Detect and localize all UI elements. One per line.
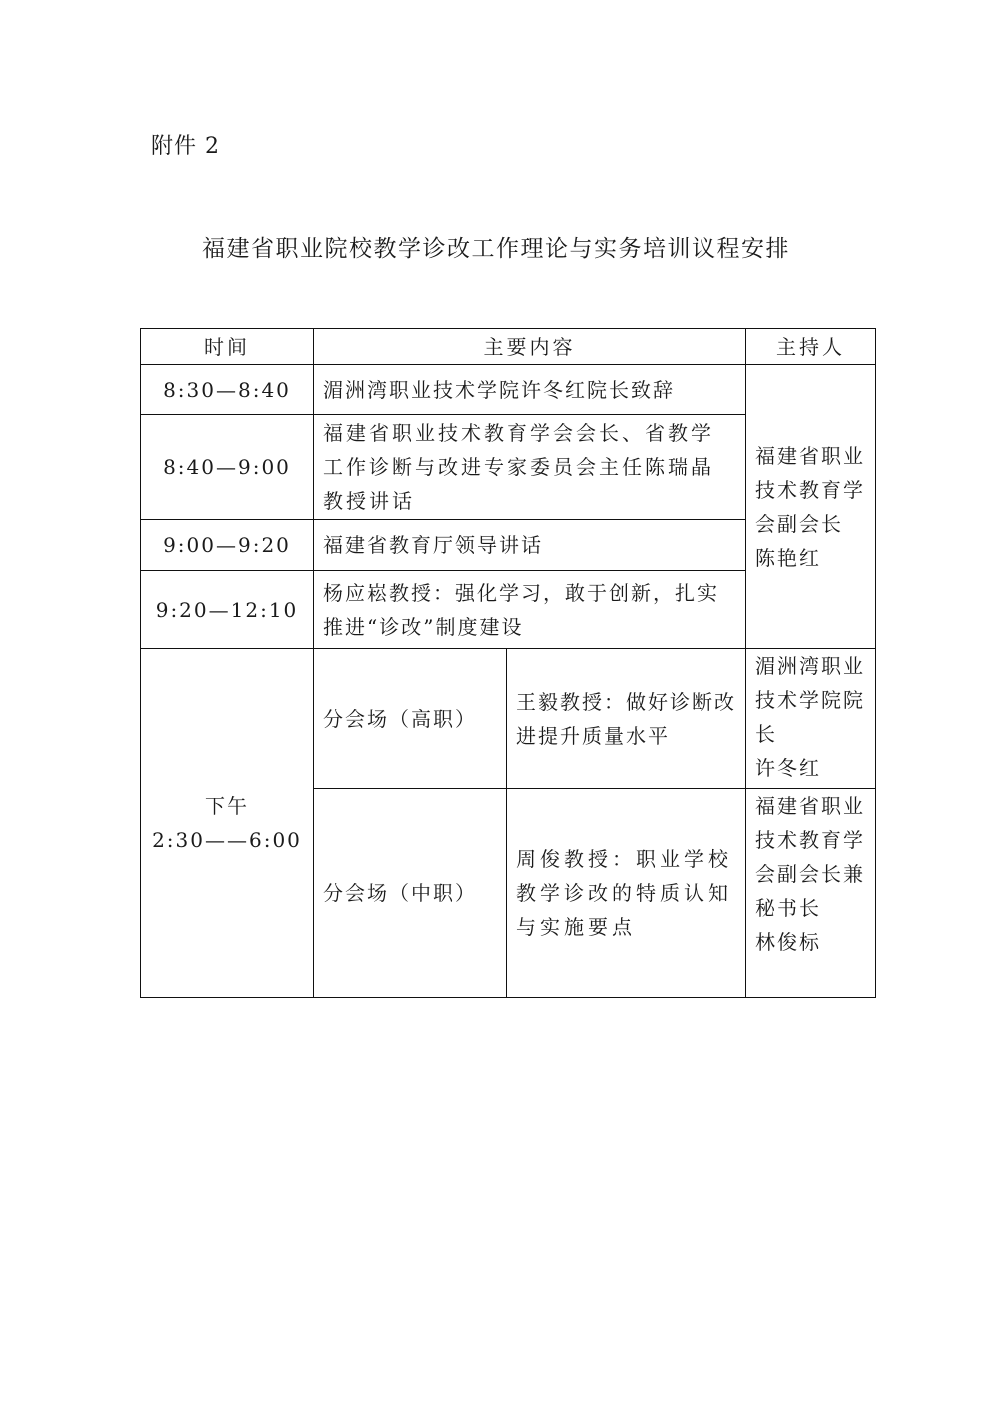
table-row: 下午 2:30——6:00 分会场（高职） 王毅教授：做好诊断改进提升质量水平 … xyxy=(141,649,876,789)
host-name: 许冬红 xyxy=(755,751,866,785)
content-cell: 福建省职业技术教育学会会长、省教学工作诊断与改进专家委员会主任陈瑞晶教授讲话 xyxy=(314,415,746,520)
host-name: 林俊标 xyxy=(755,925,866,959)
agenda-table: 时间 主要内容 主持人 8:30—8:40 湄洲湾职业技术学院许冬红院长致辞 福… xyxy=(140,328,876,998)
time-label: 下午 xyxy=(150,789,304,823)
host-cell-morning: 福建省职业技术教育学会副会长 陈艳红 xyxy=(746,365,876,649)
column-header-host: 主持人 xyxy=(746,329,876,365)
document-title: 福建省职业院校教学诊改工作理论与实务培训议程安排 xyxy=(0,233,992,265)
venue-cell: 分会场（高职） xyxy=(314,649,507,789)
time-cell: 8:40—9:00 xyxy=(141,415,314,520)
content-cell: 王毅教授：做好诊断改进提升质量水平 xyxy=(507,649,746,789)
time-cell-afternoon: 下午 2:30——6:00 xyxy=(141,649,314,998)
venue-cell: 分会场（中职） xyxy=(314,789,507,998)
table-row: 8:30—8:40 湄洲湾职业技术学院许冬红院长致辞 福建省职业技术教育学会副会… xyxy=(141,365,876,415)
host-title: 福建省职业技术教育学会副会长兼秘书长 xyxy=(755,789,866,925)
table-header-row: 时间 主要内容 主持人 xyxy=(141,329,876,365)
time-cell: 9:20—12:10 xyxy=(141,571,314,649)
host-cell: 福建省职业技术教育学会副会长兼秘书长 林俊标 xyxy=(746,789,876,998)
column-header-content: 主要内容 xyxy=(314,329,746,365)
time-cell: 8:30—8:40 xyxy=(141,365,314,415)
content-cell: 湄洲湾职业技术学院许冬红院长致辞 xyxy=(314,365,746,415)
content-cell: 杨应崧教授：强化学习，敢于创新，扎实推进“诊改”制度建设 xyxy=(314,571,746,649)
host-name: 陈艳红 xyxy=(755,541,866,575)
attachment-label: 附件 2 xyxy=(151,132,220,162)
content-cell: 福建省教育厅领导讲话 xyxy=(314,520,746,571)
content-cell: 周俊教授：职业学校教学诊改的特质认知与实施要点 xyxy=(507,789,746,998)
host-title: 湄洲湾职业技术学院院长 xyxy=(755,649,866,751)
time-cell: 9:00—9:20 xyxy=(141,520,314,571)
time-range: 2:30——6:00 xyxy=(150,823,304,857)
column-header-time: 时间 xyxy=(141,329,314,365)
host-cell: 湄洲湾职业技术学院院长 许冬红 xyxy=(746,649,876,789)
host-title: 福建省职业技术教育学会副会长 xyxy=(755,439,866,541)
